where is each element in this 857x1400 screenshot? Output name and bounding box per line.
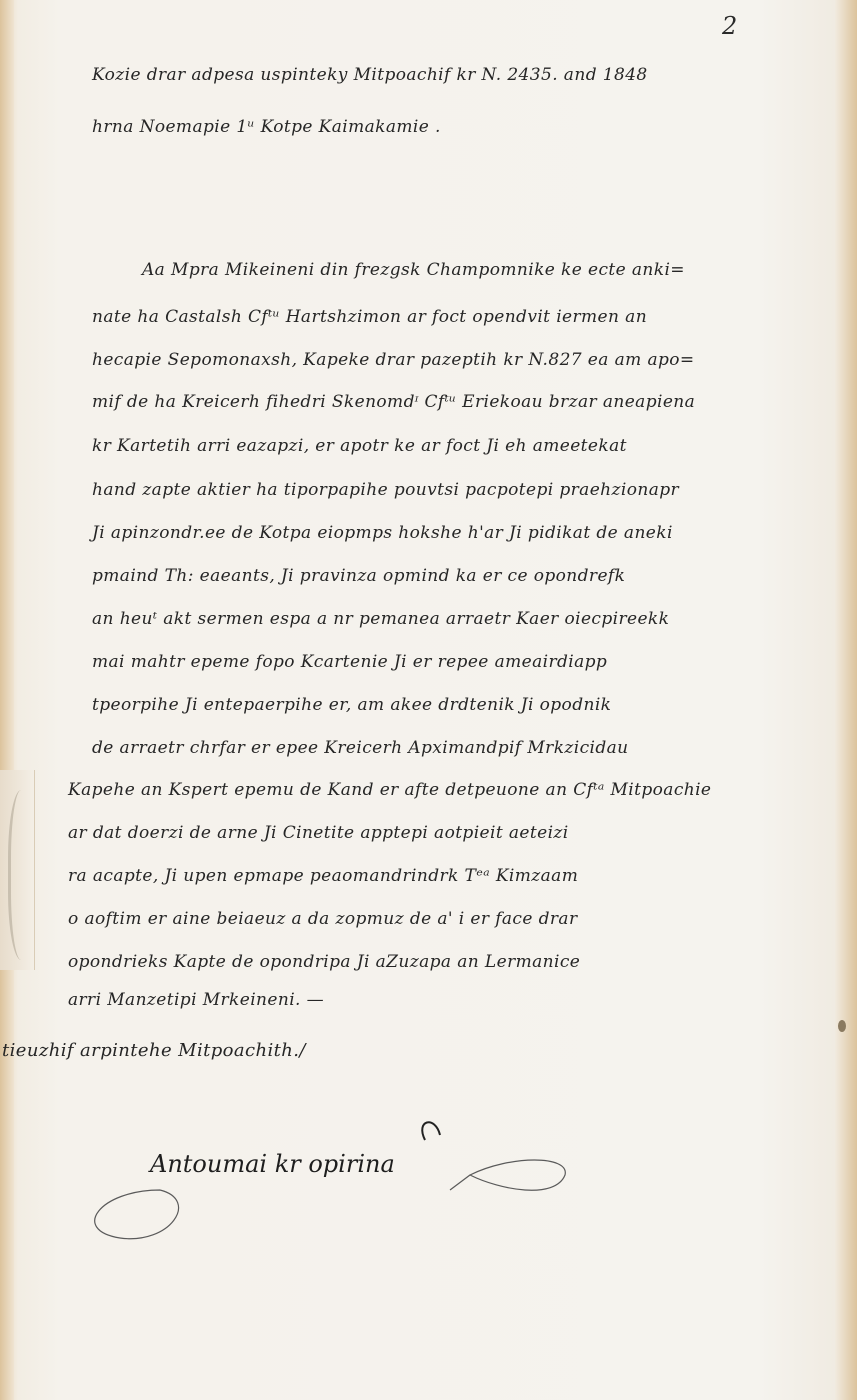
body-line: Aa Mpra Mikeineni din frezgsk Champomnik… — [142, 260, 685, 280]
header-line: hrna Noemapie 1ᵘ Kotpe Kaimakamie . — [92, 117, 441, 137]
paper-stain — [838, 1020, 846, 1032]
body-line: Kapehe an Kspert epemu de Kand er afte d… — [68, 780, 711, 800]
body-line: mai mahtr epeme fopo Kcartenie Ji er rep… — [92, 652, 607, 672]
body-line: de arraetr chrfar er epee Kreicerh Apxim… — [92, 738, 629, 758]
binding-thread — [8, 790, 41, 960]
body-line: tpeorpihe Ji entepaerpihe er, am akee dr… — [92, 695, 611, 715]
body-line: opondrieks Kapte de opondripa Ji aZuzapa… — [68, 952, 580, 972]
body-line: nate ha Castalsh Cfᵗᵘ Hartshzimon ar foc… — [92, 307, 647, 327]
signature-flourish — [40, 1120, 600, 1240]
page-edge-left — [0, 0, 14, 1400]
body-line: ar dat doerzi de arne Ji Cinetite apptep… — [68, 823, 569, 843]
header-line: Kozie drar adpesa uspinteky Mitpoachif k… — [92, 65, 648, 85]
body-line: an heuᵗ akt sermen espa a nr pemanea arr… — [92, 609, 669, 629]
body-line: hecapie Sepomonaxsh, Kapeke drar pazepti… — [92, 350, 695, 370]
closing-line: tieuzhif arpintehe Mitpoachith./ — [2, 1040, 306, 1061]
body-line: o aoftim er aine beiaeuz a da zopmuz de … — [68, 909, 578, 929]
signature: Antoumai kr opirina — [150, 1150, 395, 1178]
body-line: hand zapte aktier ha tiporpapihe pouvtsi… — [92, 480, 679, 500]
body-line: ra acapte, Ji upen epmape peaomandrindrk… — [68, 866, 578, 886]
page-edge-right — [835, 0, 857, 1400]
body-line: pmaind Th: eaeants, Ji pravinza opmind k… — [92, 566, 625, 586]
page-number: 2 — [722, 12, 737, 40]
body-line: kr Kartetih arri eazapzi, er apotr ke ar… — [92, 436, 627, 456]
body-line: Ji apinzondr.ee de Kotpa eiopmps hokshe … — [92, 523, 673, 543]
body-line: arri Manzetipi Mrkeineni. — — [68, 990, 324, 1010]
manuscript-page: 2 Kozie drar adpesa uspinteky Mitpoachif… — [0, 0, 857, 1400]
body-line: mif de ha Kreicerh fihedri Skenomdᶦ Cfᵗᵘ… — [92, 392, 695, 412]
